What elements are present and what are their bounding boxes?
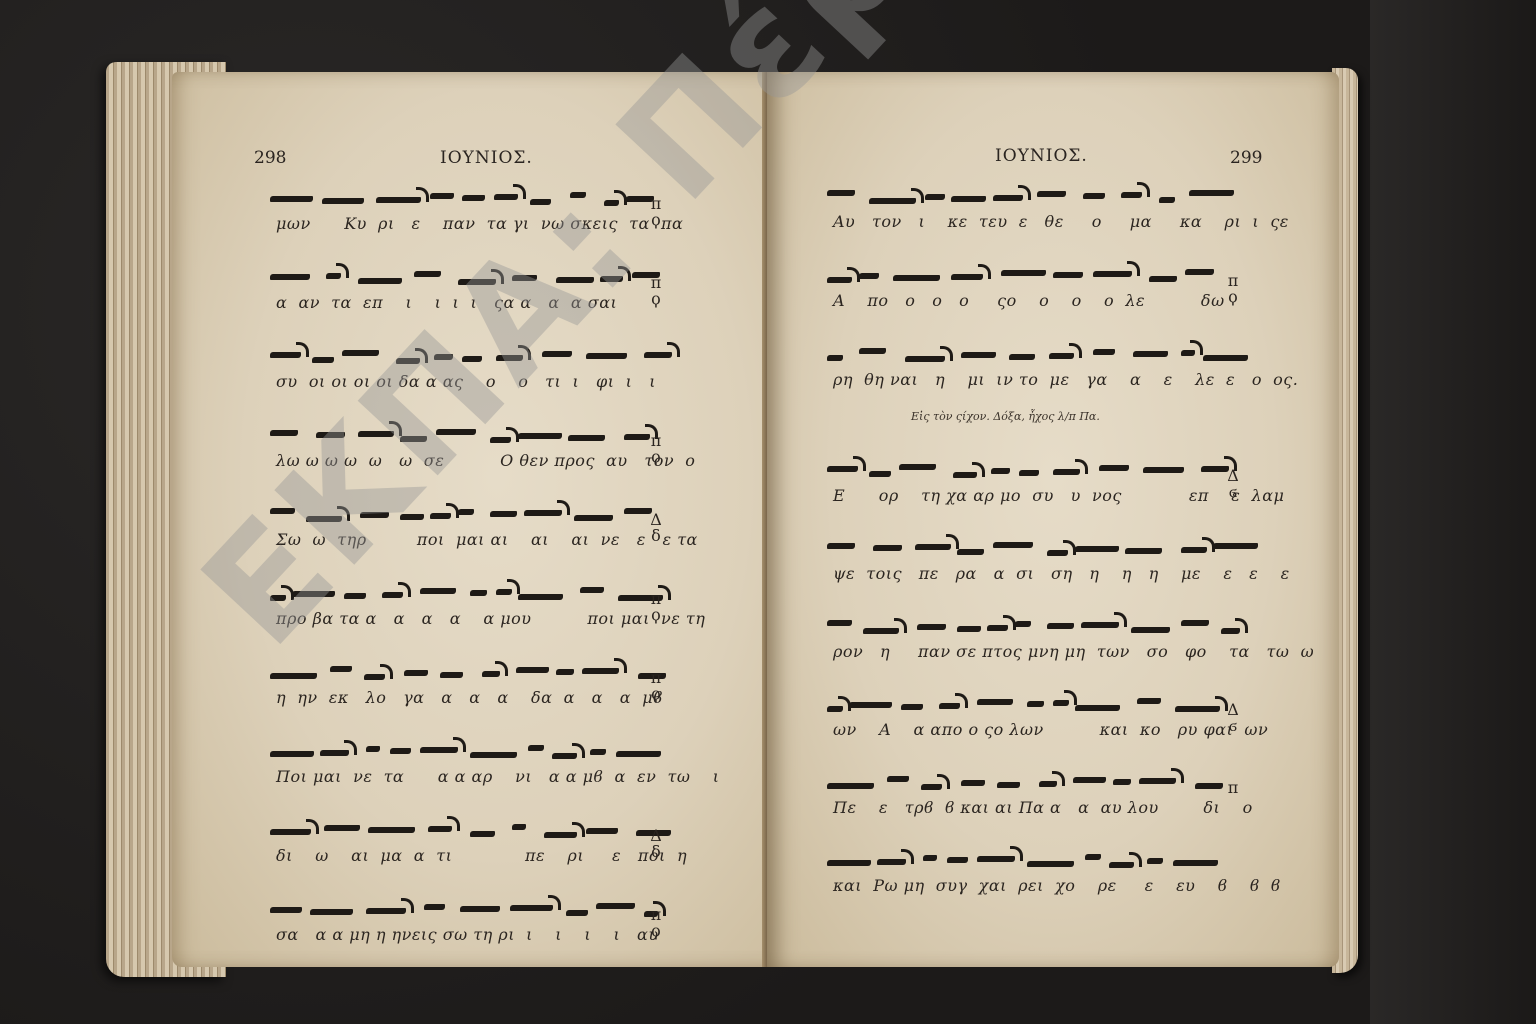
neume-glyph [1221, 628, 1240, 634]
lyric-syllables: ρη θη ναι η μι ιν το με γα α ε λε ε ο ος… [833, 370, 1298, 389]
neume-glyph [1053, 272, 1083, 278]
lyric-syllables: μων Κυ ρι ε παν τα γι νω σκεις τα πα [276, 214, 683, 233]
neume-glyph [368, 827, 415, 833]
neume-glyph [939, 703, 960, 709]
lyric-syllables: συ οι οι οι οι δα α ας ο ο τι ι φι ι ι [276, 372, 656, 391]
neume-glyph [344, 593, 366, 599]
neume-glyph [827, 860, 871, 866]
neume-glyph [1019, 470, 1039, 476]
neume-glyph [624, 434, 650, 440]
neume-glyph [993, 195, 1023, 201]
neume-glyph [414, 271, 441, 277]
neume-glyph [644, 352, 672, 358]
martyria-sign: Δ δ [648, 828, 664, 860]
neume-glyph [849, 702, 892, 708]
neume-glyph [430, 193, 454, 199]
martyria-sign: Δ δ [648, 512, 664, 544]
neume-glyph [827, 783, 874, 789]
lyric-syllables: Ε ορ τη χα αρ μο συ υ νος επ ε λαμ [833, 486, 1284, 505]
neume-glyph [1015, 621, 1031, 627]
neume-glyph [1143, 467, 1184, 473]
neume-glyph [1081, 622, 1119, 628]
neume-glyph [977, 699, 1013, 705]
neume-glyph [440, 672, 463, 678]
neume-glyph [360, 512, 389, 518]
neume-glyph [1075, 705, 1120, 711]
neume-glyph [1159, 197, 1175, 203]
neume-glyph [1213, 543, 1258, 549]
neume-glyph [400, 436, 427, 442]
running-head-left: ΙΟΥΝΙΟΣ. [440, 148, 533, 168]
neume-glyph [496, 589, 512, 595]
neume-glyph [947, 857, 968, 863]
neume-glyph [616, 751, 661, 757]
lyric-syllables: Α πο ο ο ο ςο ο ο ο λε δω [833, 291, 1225, 310]
neume-glyph [270, 829, 311, 835]
neume-glyph [460, 906, 500, 912]
neume-glyph [528, 745, 544, 751]
neume-glyph [390, 748, 411, 754]
neume-glyph [1173, 860, 1218, 866]
neume-glyph [596, 903, 635, 909]
neume-glyph [364, 674, 385, 680]
neume-glyph [1175, 706, 1220, 712]
neume-glyph [1039, 781, 1057, 787]
neume-glyph [316, 432, 345, 438]
neume-glyph [869, 471, 891, 477]
neume-glyph [869, 198, 916, 204]
lyric-syllables: σα α α μη η ηνεις σω τη ρι ι ι ι ι αυ [276, 925, 659, 944]
neume-glyph [1001, 270, 1046, 276]
neume-glyph [404, 670, 428, 676]
neume-glyph [925, 194, 945, 200]
neume-glyph [482, 671, 500, 677]
neume-glyph [552, 753, 577, 759]
neume-glyph [1147, 858, 1163, 864]
neume-glyph [1027, 701, 1044, 707]
lyric-syllables: Αυ τον ι κε τευ ε θε ο μα κα ρι ι ςε [833, 212, 1289, 231]
neume-notation-row [827, 328, 1247, 366]
neume-glyph [893, 275, 940, 281]
lyric-syllables: λω ω ω ω ω ω σε Ο θεν προς αυ τον ο [276, 451, 695, 470]
neume-glyph [951, 274, 983, 280]
neume-glyph [827, 466, 858, 472]
neume-glyph [544, 832, 577, 838]
neume-glyph [1093, 349, 1115, 355]
neume-glyph [586, 353, 627, 359]
neume-glyph [358, 278, 402, 284]
neume-glyph [827, 355, 843, 361]
neume-glyph [957, 626, 981, 632]
neume-glyph [827, 620, 852, 626]
neume-glyph [859, 273, 879, 279]
neume-glyph [991, 468, 1010, 474]
neume-glyph [574, 515, 613, 521]
right-page: ΙΟΥΝΙΟΣ. 299 Αυ τον ι κε τευ ε θε ο μα κ… [767, 72, 1339, 967]
neume-glyph [997, 782, 1020, 788]
neume-glyph [1037, 191, 1066, 197]
neume-notation-row [270, 646, 670, 684]
neume-glyph [510, 905, 553, 911]
martyria-sign: π ϙ [648, 907, 664, 939]
neume-notation-row [827, 678, 1247, 716]
left-page: 298 ΙΟΥΝΙΟΣ. μων Κυ ρι ε παν τα γι νω σκ… [172, 72, 822, 967]
neume-glyph [586, 828, 618, 834]
neume-glyph [1049, 353, 1074, 359]
neume-glyph [530, 199, 551, 205]
neume-glyph [580, 587, 604, 593]
neume-glyph [310, 909, 353, 915]
lyric-syllables: Σω ω τηρ ποι μαι αι αι αι νε ε ε τα [276, 530, 698, 549]
martyria-sign: π ϙ [648, 591, 664, 623]
neume-glyph [462, 195, 485, 201]
neume-glyph [270, 196, 313, 202]
page-number-left: 298 [254, 148, 286, 168]
neume-glyph [827, 543, 855, 549]
neume-glyph [366, 908, 406, 914]
martyria-sign: π ϙ [648, 433, 664, 465]
neume-glyph [470, 590, 487, 596]
neume-glyph [873, 545, 902, 551]
neume-glyph [590, 749, 606, 755]
neume-glyph [518, 594, 563, 600]
neume-notation-row [270, 488, 670, 526]
neume-glyph [921, 784, 942, 790]
neume-glyph [1139, 778, 1176, 784]
neume-glyph [516, 667, 549, 673]
neume-glyph [396, 358, 420, 364]
neume-glyph [424, 904, 445, 910]
neume-glyph [600, 276, 623, 282]
neume-notation-row [827, 249, 1247, 287]
neume-glyph [436, 429, 476, 435]
neume-glyph [1185, 269, 1214, 275]
neume-glyph [1181, 620, 1209, 626]
neume-glyph [863, 628, 899, 634]
neume-glyph [490, 437, 511, 443]
neume-notation-row [827, 522, 1247, 560]
martyria-sign: π ϙ [648, 670, 664, 702]
scanner-bed-edge [1370, 0, 1536, 1024]
neume-glyph [420, 747, 458, 753]
neume-glyph [428, 826, 452, 832]
neume-glyph [1099, 465, 1129, 471]
neume-glyph [490, 511, 517, 517]
lyric-syllables: ψε τοις πε ρα α σι ση η η η με ε ε ε [833, 564, 1290, 583]
neume-glyph [292, 591, 335, 597]
neume-glyph [1085, 854, 1101, 860]
neume-glyph [1053, 700, 1069, 706]
martyria-sign: Δ ϭ [1225, 468, 1241, 500]
neume-glyph [1073, 777, 1106, 783]
neume-glyph [270, 907, 302, 913]
neume-glyph [1149, 276, 1177, 282]
neume-glyph [556, 669, 574, 675]
page-number-right: 299 [1230, 148, 1262, 168]
neume-glyph [1047, 550, 1068, 556]
neume-glyph [430, 513, 451, 519]
neume-glyph [382, 592, 403, 598]
neume-glyph [270, 352, 301, 358]
neume-glyph [1195, 783, 1223, 789]
neume-glyph [1203, 355, 1248, 361]
neume-glyph [1027, 861, 1074, 867]
martyria-sign: π ϙ [648, 275, 664, 307]
neume-glyph [512, 275, 537, 281]
neume-glyph [470, 752, 517, 758]
neume-glyph [993, 542, 1033, 548]
neume-glyph [1181, 350, 1195, 356]
neume-notation-row [827, 756, 1247, 794]
neume-notation-row [270, 409, 670, 447]
neume-glyph [1053, 469, 1080, 475]
neume-glyph [1189, 190, 1234, 196]
neume-glyph [923, 855, 937, 861]
neume-glyph [905, 356, 945, 362]
neume-notation-row [270, 330, 670, 368]
neume-glyph [518, 433, 562, 439]
neume-glyph [312, 357, 334, 363]
neume-glyph [270, 673, 317, 679]
open-book: 298 ΙΟΥΝΙΟΣ. μων Κυ ρι ε παν τα γι νω σκ… [92, 56, 1367, 986]
neume-glyph [887, 776, 909, 782]
neume-glyph [568, 435, 605, 441]
neume-glyph [320, 750, 349, 756]
neume-glyph [420, 588, 456, 594]
martyria-sign: π [1225, 780, 1241, 796]
neume-glyph [496, 355, 523, 361]
lyric-syllables: ων Α α απο ο ςο λων και κο ρυ φαι ων [833, 720, 1268, 739]
neume-glyph [1131, 627, 1170, 633]
lyric-syllables: και Ρω μη συγ χαι ρει χο ρε ε ευ ϐ ϐ ϐ [833, 876, 1281, 895]
neume-glyph [1009, 354, 1035, 360]
lyric-syllables: α αν τα επ ι ι ι ι ςα α α α σαι [276, 293, 617, 312]
neume-glyph [827, 706, 843, 712]
neume-glyph [542, 351, 572, 357]
neume-notation-row [270, 172, 670, 210]
neume-glyph [1083, 193, 1105, 199]
neume-glyph [330, 666, 352, 672]
neume-notation-row [270, 883, 670, 921]
neume-glyph [1093, 271, 1132, 277]
martyria-sign: π ϙ [1225, 273, 1241, 305]
neume-glyph [270, 595, 286, 601]
neume-glyph [458, 279, 496, 285]
neume-glyph [1121, 192, 1142, 198]
lyric-syllables: δι ω αι μα α τι πε ρι ε ποι η [276, 846, 687, 865]
rubric-doxa-mode: Εἰς τὸν ςίχον. Δόξα, ἦχος λ/π Πα. [911, 410, 1100, 423]
neume-glyph [961, 780, 985, 786]
neume-glyph [458, 509, 474, 515]
neume-glyph [1113, 779, 1131, 785]
neume-glyph [306, 516, 342, 522]
lyric-syllables: ρον η παν σε πτος μνη μη των σο φο τα τω… [833, 642, 1314, 661]
neume-glyph [470, 831, 495, 837]
neume-notation-row [827, 444, 1247, 482]
neume-glyph [1125, 548, 1162, 554]
running-head-right: ΙΟΥΝΙΟΣ. [995, 146, 1088, 166]
neume-glyph [899, 464, 936, 470]
neume-glyph [987, 625, 1008, 631]
neume-glyph [342, 350, 379, 356]
lyric-syllables: προ βα τα α α α α α μου ποι μαι νε τη [276, 609, 705, 628]
neume-glyph [324, 825, 360, 831]
neume-glyph [951, 196, 986, 202]
neume-glyph [1075, 546, 1119, 552]
neume-glyph [524, 510, 562, 516]
neume-glyph [358, 431, 394, 437]
lyric-syllables: Πε ε τρϐ ϐ και αι Πα α α αυ λου δι ο [833, 798, 1253, 817]
neume-glyph [957, 549, 984, 555]
neume-notation-row [270, 251, 670, 289]
neume-glyph [270, 430, 298, 436]
neume-glyph [1109, 862, 1134, 868]
neume-glyph [1047, 623, 1074, 629]
neume-glyph [566, 910, 588, 916]
neume-glyph [462, 356, 482, 362]
neume-glyph [512, 824, 526, 830]
neume-glyph [570, 192, 586, 198]
neume-glyph [604, 200, 619, 206]
neume-glyph [376, 197, 421, 203]
neume-glyph [270, 274, 310, 280]
neume-glyph [494, 194, 518, 200]
neume-glyph [400, 514, 424, 520]
neume-glyph [901, 704, 923, 710]
martyria-sign: Δ ϭ [1225, 702, 1241, 734]
neume-glyph [1133, 351, 1168, 357]
lyric-syllables: Ποι μαι νε τα α α αρ νι α α μϐ α εν τω ι [276, 767, 720, 786]
neume-notation-row [270, 725, 670, 763]
neume-notation-row [270, 804, 670, 842]
neume-glyph [953, 472, 977, 478]
neume-glyph [326, 273, 341, 279]
martyria-sign: π ϙ [648, 196, 664, 228]
neume-glyph [322, 198, 364, 204]
neume-glyph [827, 277, 852, 283]
neume-glyph [366, 746, 380, 752]
neume-glyph [917, 624, 946, 630]
neume-glyph [859, 348, 886, 354]
neume-glyph [827, 190, 855, 196]
neume-glyph [556, 277, 594, 283]
lyric-syllables: η ην εκ λο γα α α α δα α α α μϐ [276, 688, 663, 707]
neume-glyph [877, 859, 906, 865]
neume-glyph [1181, 547, 1207, 553]
neume-notation-row [827, 600, 1247, 638]
neume-glyph [977, 856, 1015, 862]
neume-glyph [434, 354, 453, 360]
neume-notation-row [827, 170, 1247, 208]
neume-notation-row [827, 834, 1247, 872]
neume-glyph [961, 352, 996, 358]
neume-notation-row [270, 567, 670, 605]
neume-glyph [1137, 698, 1161, 704]
neume-glyph [915, 544, 951, 550]
neume-glyph [582, 668, 619, 674]
neume-glyph [270, 751, 314, 757]
neume-glyph [270, 508, 295, 514]
